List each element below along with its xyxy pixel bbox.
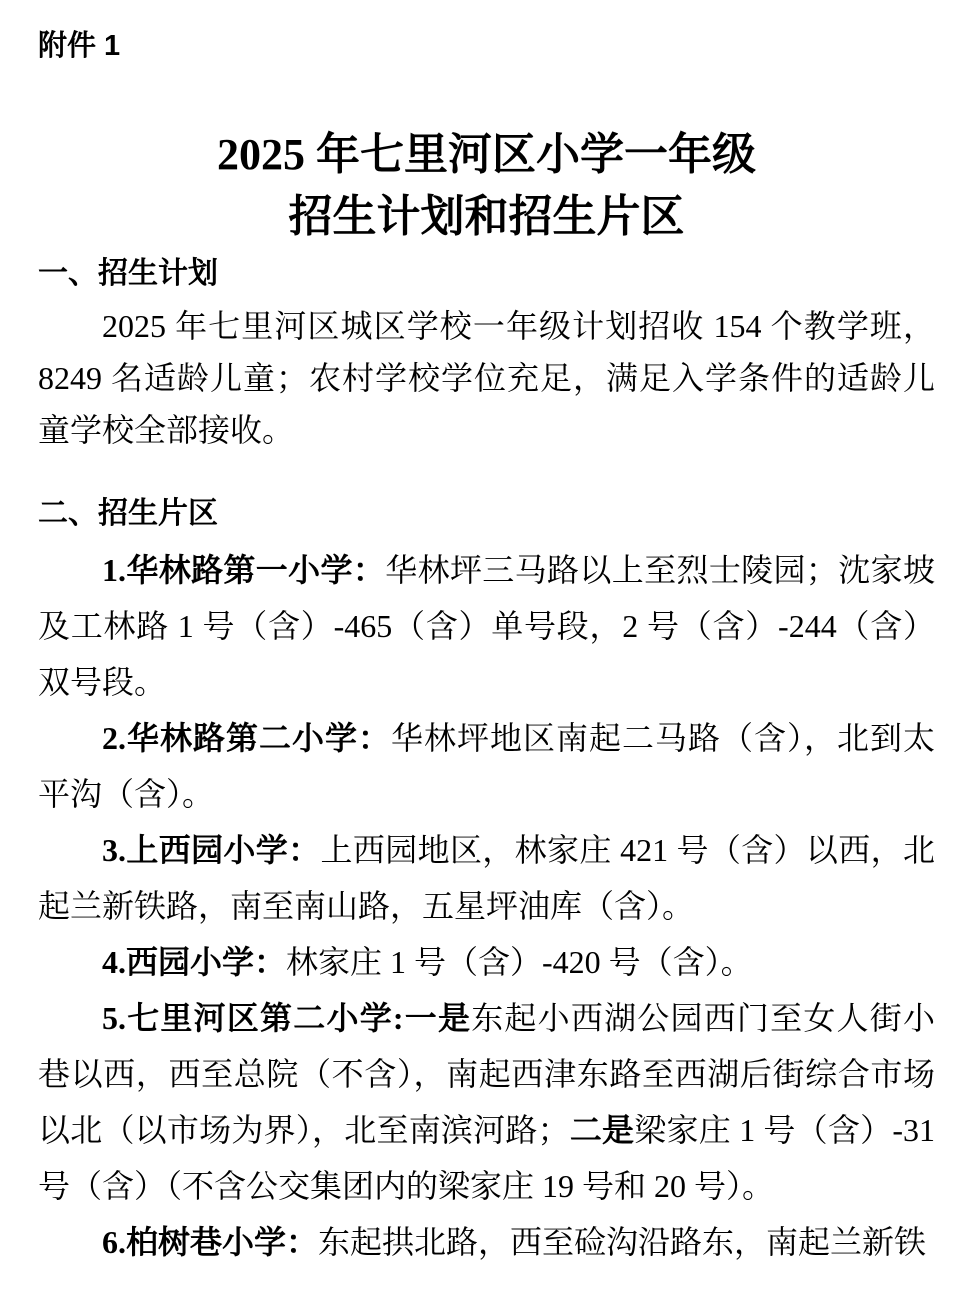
school-item-3: 3.上西园小学：上西园地区，林家庄 421 号（含）以西，北起兰新铁路，南至南山… bbox=[38, 822, 935, 934]
school-item-5-marker-2: 二是 bbox=[570, 1112, 635, 1148]
school-item-4: 4.西园小学：林家庄 1 号（含）-420 号（含）。 bbox=[38, 934, 935, 990]
section-heading-enrollment-plan: 一、招生计划 bbox=[38, 248, 935, 300]
document-page: 附件 1 2025 年七里河区小学一年级 招生计划和招生片区 一、招生计划 20… bbox=[0, 0, 973, 1303]
school-item-1: 1.华林路第一小学：华林坪三马路以上至烈士陵园；沈家坡及工林路 1 号（含）-4… bbox=[38, 542, 935, 710]
school-item-5-name: 5.七里河区第二小学: bbox=[102, 1000, 404, 1036]
school-item-2-name: 2.华林路第二小学： bbox=[102, 720, 391, 756]
school-item-5: 5.七里河区第二小学:一是东起小西湖公园西门至女人街小巷以西，西至总院（不含），… bbox=[38, 990, 935, 1214]
section-heading-enrollment-districts: 二、招生片区 bbox=[38, 486, 935, 542]
school-item-5-marker-1: 一是 bbox=[404, 1000, 472, 1036]
school-item-3-name: 3.上西园小学： bbox=[102, 832, 321, 868]
school-item-6-name: 6.柏树巷小学： bbox=[102, 1224, 318, 1260]
attachment-label: 附件 1 bbox=[38, 26, 935, 66]
enrollment-plan-paragraph: 2025 年七里河区城区学校一年级计划招收 154 个教学班，8249 名适龄儿… bbox=[38, 300, 935, 456]
school-item-4-desc: 林家庄 1 号（含）-420 号（含）。 bbox=[286, 944, 753, 980]
school-item-6: 6.柏树巷小学：东起拱北路，西至硷沟沿路东，南起兰新铁 bbox=[38, 1214, 935, 1270]
school-item-6-desc: 东起拱北路，西至硷沟沿路东，南起兰新铁 bbox=[318, 1224, 926, 1260]
document-title: 2025 年七里河区小学一年级 招生计划和招生片区 bbox=[38, 124, 935, 248]
school-item-2: 2.华林路第二小学：华林坪地区南起二马路（含），北到太平沟（含）。 bbox=[38, 710, 935, 822]
document-title-line-1: 2025 年七里河区小学一年级 bbox=[38, 124, 935, 186]
school-item-4-name: 4.西园小学： bbox=[102, 944, 286, 980]
document-title-line-2: 招生计划和招生片区 bbox=[38, 186, 935, 248]
school-item-1-name: 1.华林路第一小学： bbox=[102, 552, 385, 588]
